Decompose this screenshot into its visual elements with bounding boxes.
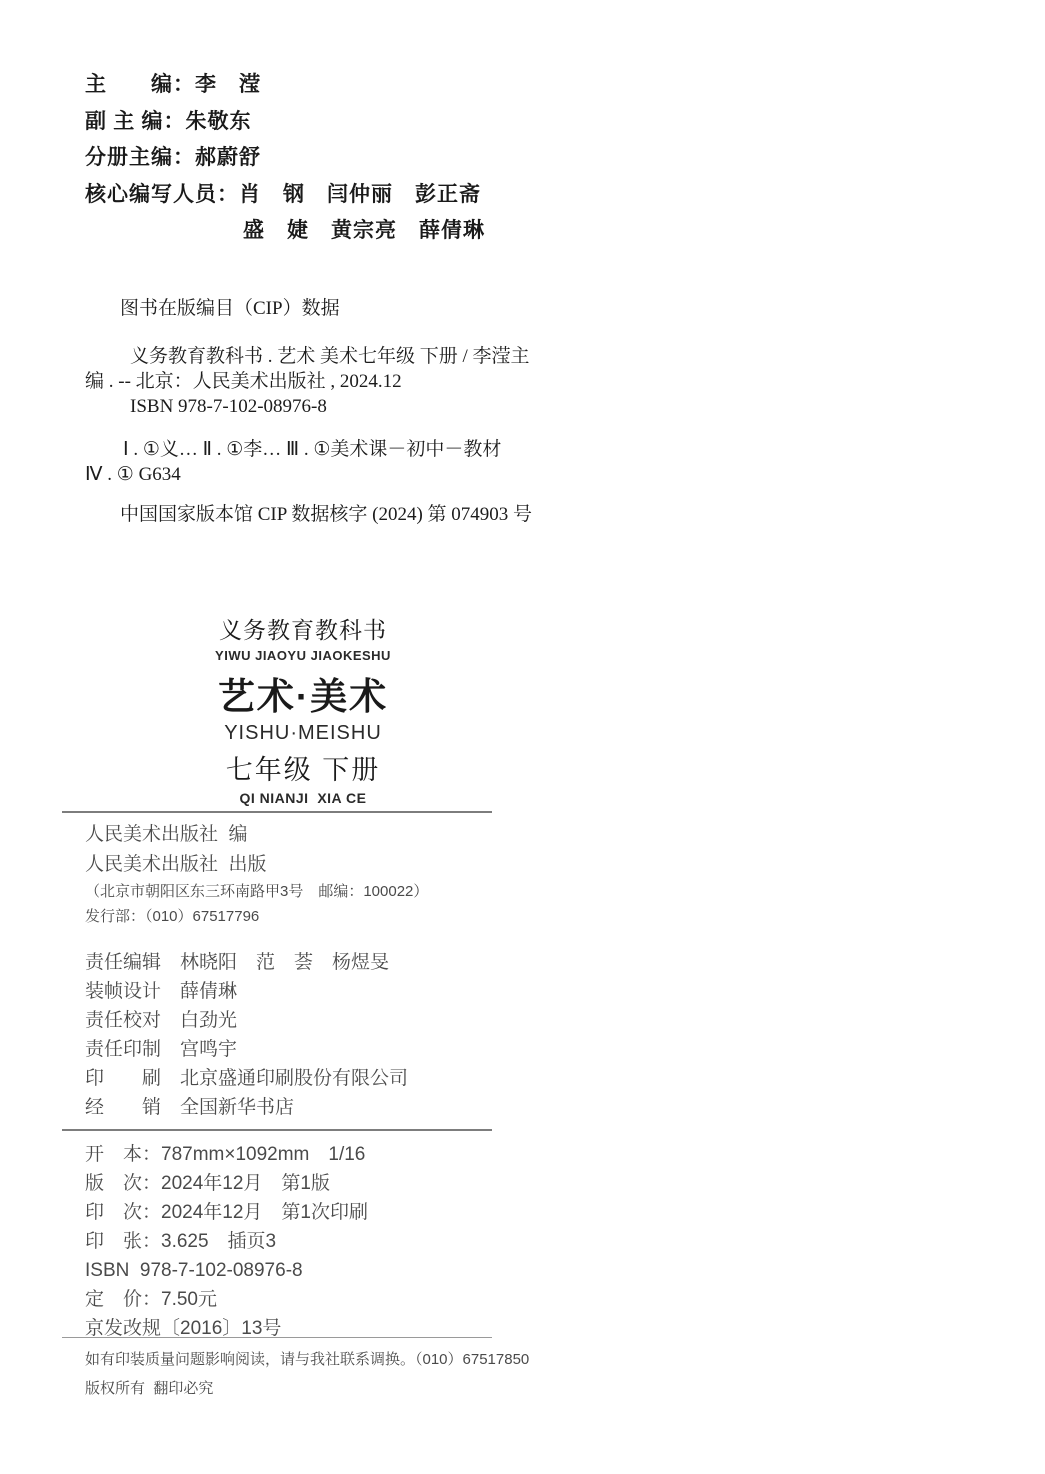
divider-rule-bottom (62, 1337, 492, 1338)
divider-rule-top (62, 811, 492, 813)
book-title-block: 义务教育教科书 YIWU JIAOYU JIAOKESHU 艺术·美术 YISH… (88, 616, 518, 810)
print-supervisor-line: 责任印制 宫鸣宇 (85, 1035, 408, 1064)
cip-data-block: 图书在版编目（CIP）数据 义务教育教科书 . 艺术 美术七年级 下册 / 李滢… (85, 296, 532, 527)
notice-block: 如有印装质量问题影响阅读，请与我社联系调换。（010）67517850 版权所有… (85, 1345, 529, 1403)
series-pinyin: YIWU JIAOYU JIAOKESHU (88, 644, 518, 668)
publisher-address: （北京市朝阳区东三环南路甲3号 邮编：100022） (85, 879, 428, 905)
sheets-line: 印 张：3.625 插页3 (85, 1227, 368, 1256)
edition-line: 版 次：2024年12月 第1版 (85, 1169, 368, 1198)
distributor-line: 经 销 全国新华书店 (85, 1093, 408, 1122)
publisher-published-by: 人民美术出版社 出版 (85, 850, 428, 879)
volume-editor-line: 分册主编：郝蔚舒 (85, 139, 485, 176)
editor-credits: 主 编：李 滢 副 主 编：朱敬东 分册主编：郝蔚舒 核心编写人员：肖 钢 闫仲… (85, 66, 485, 249)
responsible-editor-line: 责任编辑 林晓阳 范 荟 杨煜旻 (85, 948, 408, 977)
series-name: 义务教育教科书 (88, 616, 518, 644)
design-line: 装帧设计 薛倩琳 (85, 977, 408, 1006)
print-info-block: 开 本：787mm×1092mm 1/16 版 次：2024年12月 第1版 印… (85, 1140, 368, 1343)
copyright-notice: 版权所有 翻印必究 (85, 1374, 529, 1403)
chief-editor-line: 主 编：李 滢 (85, 66, 485, 103)
printer-line: 印 刷 北京盛通印刷股份有限公司 (85, 1064, 408, 1093)
publisher-distribution-phone: 发行部：（010）67517796 (85, 905, 428, 929)
divider-rule-middle (62, 1129, 492, 1131)
pricing-approval-line: 京发改规〔2016〕13号 (85, 1314, 368, 1343)
publisher-block: 人民美术出版社 编 人民美术出版社 出版 （北京市朝阳区东三环南路甲3号 邮编：… (85, 820, 428, 929)
isbn-line: ISBN 978-7-102-08976-8 (85, 1256, 368, 1285)
staff-credits-block: 责任编辑 林晓阳 范 荟 杨煜旻 装帧设计 薛倩琳 责任校对 白劲光 责任印制 … (85, 948, 408, 1122)
cip-classification-line-2: Ⅳ . ① G634 (85, 462, 532, 487)
grade-volume: 七年级 下册 (88, 754, 518, 786)
cip-entry-line-2: 编 . -- 北京：人民美术出版社 , 2024.12 (85, 369, 532, 394)
impression-line: 印 次：2024年12月 第1次印刷 (85, 1198, 368, 1227)
core-writers-line-1: 核心编写人员：肖 钢 闫仲丽 彭正斋 (85, 176, 485, 213)
quality-exchange-notice: 如有印装质量问题影响阅读，请与我社联系调换。（010）67517850 (85, 1345, 529, 1374)
cip-entry-line-1: 义务教育教科书 . 艺术 美术七年级 下册 / 李滢主 (130, 344, 532, 369)
format-line: 开 本：787mm×1092mm 1/16 (85, 1140, 368, 1169)
cip-heading: 图书在版编目（CIP）数据 (120, 296, 532, 321)
book-title: 艺术·美术 (88, 676, 518, 718)
proofreader-line: 责任校对 白劲光 (85, 1006, 408, 1035)
price-line: 定 价：7.50元 (85, 1285, 368, 1314)
cip-isbn: ISBN 978-7-102-08976-8 (130, 394, 532, 419)
book-title-pinyin: YISHU·MEISHU (88, 718, 518, 748)
cip-classification-line-1: Ⅰ . ①义… Ⅱ . ①李… Ⅲ . ①美术课－初中－教材 (123, 437, 532, 462)
deputy-editor-line: 副 主 编：朱敬东 (85, 103, 485, 140)
core-writers-line-2: 盛 婕 黄宗亮 薛倩琳 (85, 212, 485, 249)
publisher-edited-by: 人民美术出版社 编 (85, 820, 428, 850)
grade-volume-pinyin: QI NIANJI XIA CE (88, 786, 518, 810)
cip-record-number: 中国国家版本馆 CIP 数据核字 (2024) 第 074903 号 (120, 502, 532, 527)
copyright-page: 主 编：李 滢 副 主 编：朱敬东 分册主编：郝蔚舒 核心编写人员：肖 钢 闫仲… (0, 0, 1045, 1474)
